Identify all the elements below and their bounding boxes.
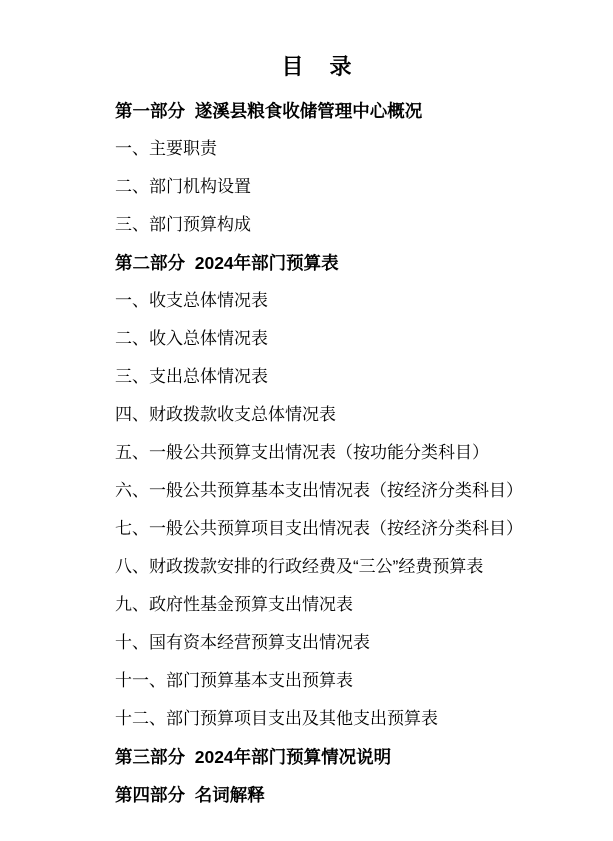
toc-part-heading-3: 第三部分 2024年部门预算情况说明 — [115, 738, 535, 776]
toc-item: 四、财政拨款收支总体情况表 — [115, 396, 535, 434]
toc-item: 一、收支总体情况表 — [115, 282, 535, 320]
toc-item: 三、部门预算构成 — [115, 206, 535, 244]
toc-item: 八、财政拨款安排的行政经费及“三公”经费预算表 — [115, 548, 535, 586]
toc-item: 十、国有资本经营预算支出情况表 — [115, 624, 535, 662]
toc-part-heading-1: 第一部分 遂溪县粮食收储管理中心概况 — [115, 92, 535, 130]
toc-item: 六、一般公共预算基本支出情况表（按经济分类科目） — [115, 472, 535, 510]
toc-item: 二、收入总体情况表 — [115, 320, 535, 358]
toc-item: 七、一般公共预算项目支出情况表（按经济分类科目） — [115, 510, 535, 548]
toc-item: 一、主要职责 — [115, 130, 535, 168]
toc-item: 十一、部门预算基本支出预算表 — [115, 662, 535, 700]
toc-item: 十二、部门预算项目支出及其他支出预算表 — [115, 700, 535, 738]
table-of-contents: 第一部分 遂溪县粮食收储管理中心概况 一、主要职责 二、部门机构设置 三、部门预… — [115, 92, 535, 814]
page-title: 目 录 — [115, 50, 520, 84]
toc-item: 二、部门机构设置 — [115, 168, 535, 206]
toc-part-heading-4: 第四部分 名词解释 — [115, 776, 535, 814]
document-page: 目 录 第一部分 遂溪县粮食收储管理中心概况 一、主要职责 二、部门机构设置 三… — [0, 0, 613, 841]
toc-item: 九、政府性基金预算支出情况表 — [115, 586, 535, 624]
toc-item: 五、一般公共预算支出情况表（按功能分类科目） — [115, 434, 535, 472]
toc-part-heading-2: 第二部分 2024年部门预算表 — [115, 244, 535, 282]
toc-item: 三、支出总体情况表 — [115, 358, 535, 396]
